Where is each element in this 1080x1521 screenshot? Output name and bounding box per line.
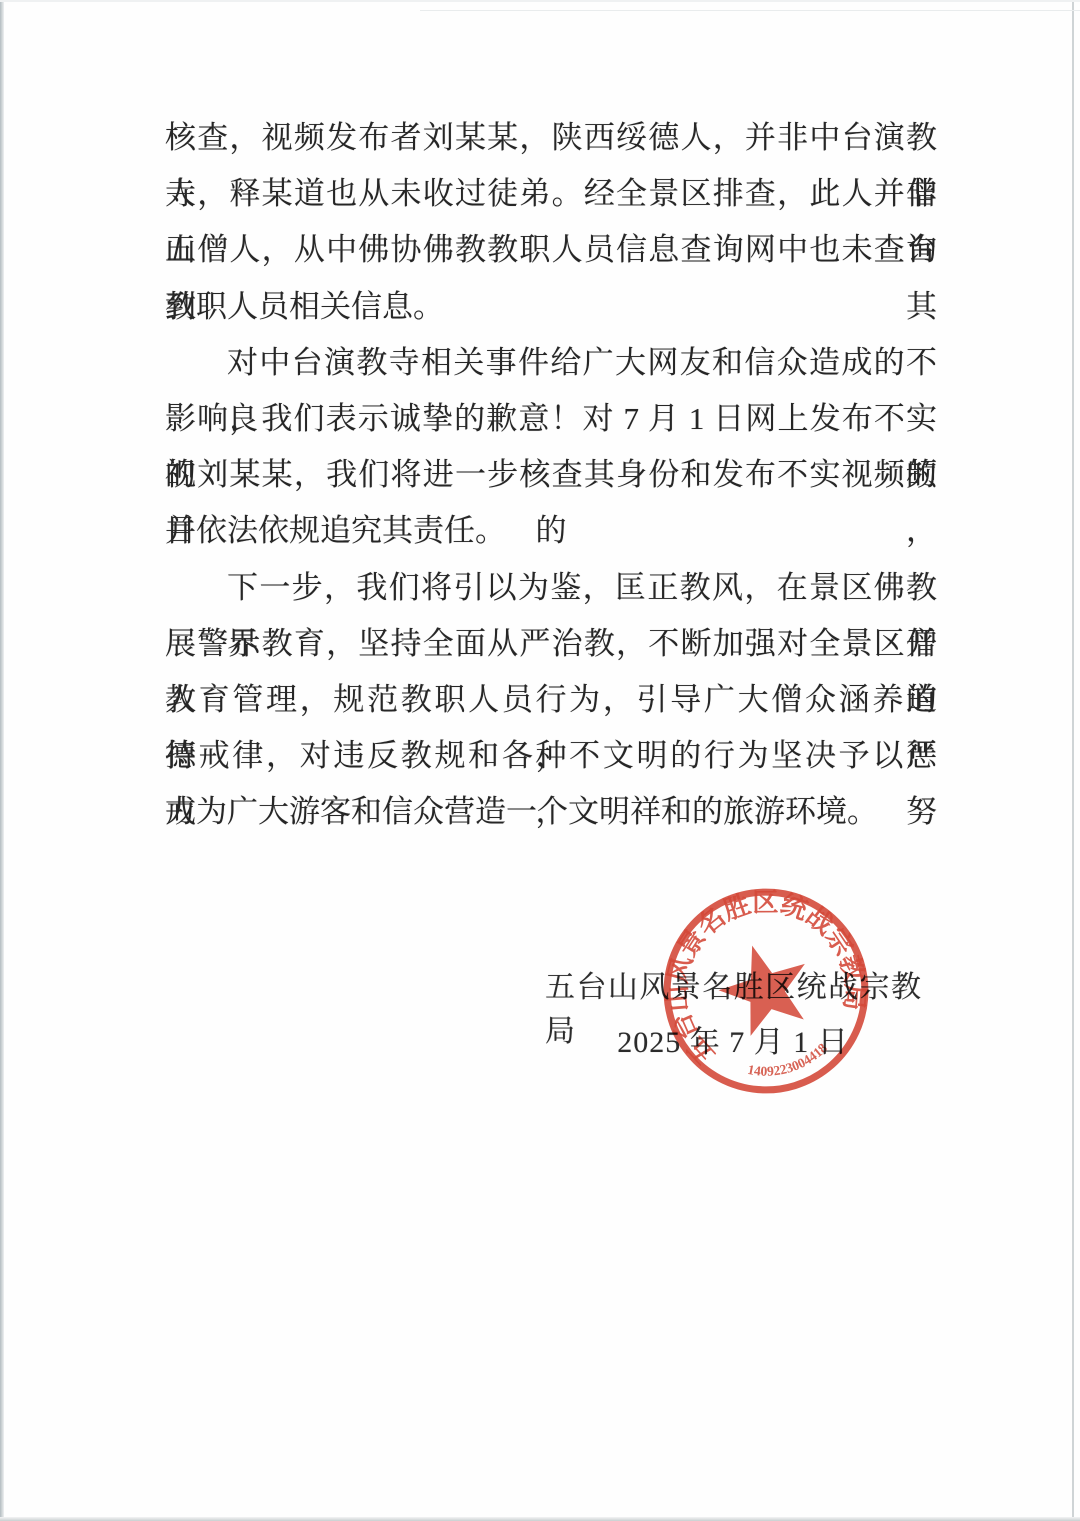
official-seal: 五台山风景名胜区统战宗教局 1409223004418 [627,852,904,1129]
seal-serial-number: 1409223004418 [742,1038,833,1088]
document-line: 教育管理，规范教职人员行为，引导广大僧众涵养道德，严 [165,672,937,728]
document-line: 的刘某某，我们将进一步核查其身份和发布不实视频的目的， [165,447,937,503]
document-line: 山僧人，从中佛协佛教教职人员信息查询网中也未查询到其 [165,222,937,278]
document-line: 核查，视频发布者刘某某，陕西绥德人，并非中台演教寺僧 [165,110,937,166]
document-body: 核查，视频发布者刘某某，陕西绥德人，并非中台演教寺僧 人，释某道也从未收过徒弟。… [165,110,937,840]
document-line: 下一步，我们将引以为鉴，匡正教风，在景区佛教界开 [165,560,937,616]
red-star-icon [709,932,820,1040]
document-line: 对中台演教寺相关事件给广大网友和信众造成的不良 [165,335,937,391]
scan-edge-top [0,0,1080,2]
document-line: 展警示教育，坚持全面从严治教，不断加强对全景区僧人的 [165,616,937,672]
scan-edge-right [1072,0,1074,1521]
document-line: 力为广大游客和信众营造一个文明祥和的旅游环境。 [165,784,937,840]
document-line: 持戒律，对违反教规和各种不文明的行为坚决予以惩戒，努 [165,728,937,784]
document-line: 影响，我们表示诚挚的歉意！对 7 月 1 日网上发布不实视频 [165,391,937,447]
scan-edge-left [0,0,4,1521]
document-line: 人，释某道也从未收过徒弟。经全景区排查，此人并非五台 [165,166,937,222]
svg-text:1409223004418: 1409223004418 [742,1038,833,1088]
scan-edge-bottom [0,1517,1080,1521]
scan-artifact-line [420,10,1080,11]
scanned-document-page: 核查，视频发布者刘某某，陕西绥德人，并非中台演教寺僧 人，释某道也从未收过徒弟。… [0,0,1080,1521]
